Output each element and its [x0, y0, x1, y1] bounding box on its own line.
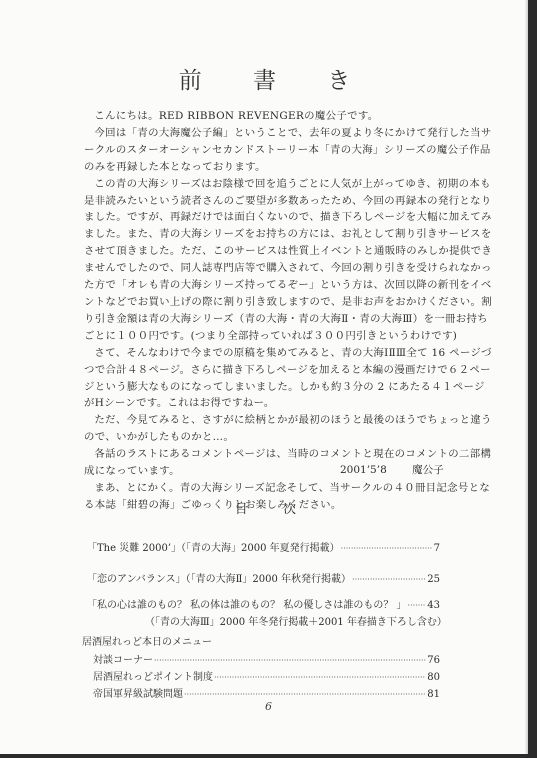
page-title: 前 書 き: [0, 62, 537, 95]
menu-item-label: 帝国軍昇級試験問題: [93, 685, 183, 700]
toc-leader-dots: [154, 656, 426, 665]
menu-item-page: 80: [427, 672, 440, 683]
menu-item: 帝国軍昇級試験問題 81: [93, 685, 440, 700]
signature-author: 魔公子: [412, 464, 444, 476]
menu-item-label: 居酒屋れっどポイント制度: [93, 668, 213, 683]
preface-paragraph: さて、そんなわけで今までの原稿を集めてみると、青の大海ⅠⅡⅢ全て 16 ページづ…: [84, 345, 494, 413]
menu-item-page: 76: [427, 655, 440, 666]
toc-leader-dots: [214, 673, 426, 682]
menu-item-label: 対談コーナー: [93, 651, 153, 666]
menu-item: 対談コーナー 76: [93, 651, 440, 666]
preface-paragraph: この青の大海シリーズはお陰様で回を追うごとに人気が上がってゆき、初期の本も是非読…: [84, 176, 494, 345]
signature: 2001’5’8 魔公子: [340, 462, 444, 477]
preface-paragraph: 今回は「青の大海魔公子編」ということで、去年の夏より冬にかけて発行した当サークル…: [84, 125, 494, 176]
toc-entry-label: 「私の心は誰のもの？ 私の体は誰のもの？ 私の優しさは誰のもの？ 」: [87, 596, 407, 611]
toc-leader-dots: [408, 601, 427, 610]
toc-entry-page: 25: [427, 574, 440, 585]
preface-body: こんにちは。RED RIBBON REVENGERの魔公子です。 今回は「青の大…: [84, 108, 494, 514]
toc-entry-page: 7: [434, 543, 440, 554]
toc-entry: 「The 災難 2000’」（「青の大海」2000 年夏発行掲載） 7: [87, 539, 440, 554]
preface-paragraph: こんにちは。RED RIBBON REVENGERの魔公子です。: [84, 108, 494, 125]
toc-entry: 「恋のアンバランス」（「青の大海Ⅱ」2000 年秋発行掲載） 25: [87, 570, 440, 585]
toc-title: 目 次: [0, 499, 537, 517]
page-edge-shadow-bottom: [0, 754, 537, 758]
signature-date: 2001’5’8: [340, 464, 387, 476]
preface-paragraph: ただ、今見てみると、さすがに絵柄とかが最初のほうと最後のほうでちょっと違うので、…: [84, 412, 494, 446]
toc-entry-label: 「The 災難 2000’」（「青の大海」2000 年夏発行掲載）: [87, 539, 340, 554]
page-number: 6: [0, 700, 537, 713]
menu-heading: 居酒屋れっど本日のメニュー: [82, 633, 212, 648]
toc-leader-dots: [184, 690, 426, 699]
toc-entry-subtitle: （「青の大海Ⅲ」2000 年冬発行掲載＋2001 年春描き下ろし含む）: [145, 613, 447, 628]
toc-leader-dots: [341, 544, 433, 553]
menu-item: 居酒屋れっどポイント制度 80: [93, 668, 440, 683]
toc-entry-page: 43: [427, 600, 440, 611]
menu-item-page: 81: [427, 689, 440, 700]
toc-leader-dots: [352, 575, 426, 584]
toc-entry: 「私の心は誰のもの？ 私の体は誰のもの？ 私の優しさは誰のもの？ 」 43: [87, 596, 440, 611]
page-edge-shadow-right: [528, 0, 537, 758]
toc-entry-label: 「恋のアンバランス」（「青の大海Ⅱ」2000 年秋発行掲載）: [87, 570, 351, 585]
